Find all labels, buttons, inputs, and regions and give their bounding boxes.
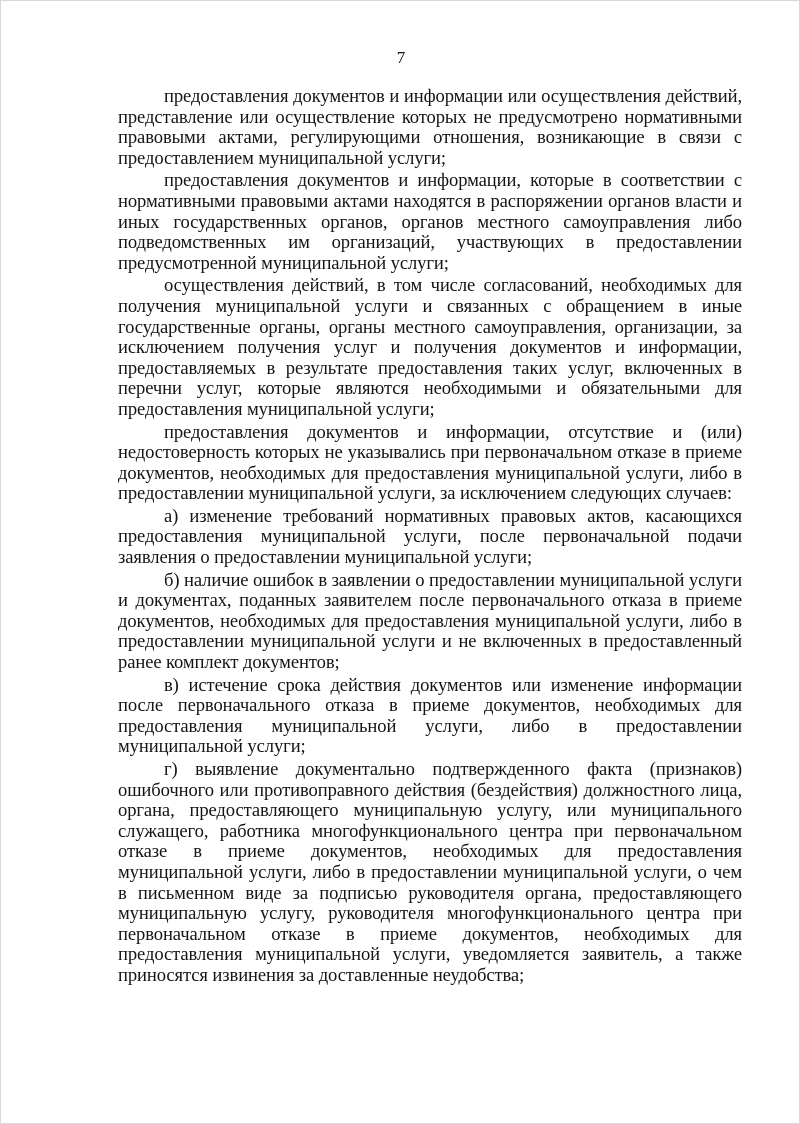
list-item-a: а) изменение требований нормативных прав… bbox=[118, 507, 742, 569]
paragraph-no-unregulated-documents: предоставления документов и информации и… bbox=[118, 87, 742, 169]
list-item-b: б) наличие ошибок в заявлении о предоста… bbox=[118, 571, 742, 674]
list-item-v: в) истечение срока действия документов и… bbox=[118, 676, 742, 758]
list-item-g: г) выявление документально подтвержденно… bbox=[118, 760, 742, 987]
page-number: 7 bbox=[1, 48, 800, 68]
paragraph-no-unspecified-documents: предоставления документов и информации, … bbox=[118, 423, 742, 505]
paragraph-no-approvals-required: осуществления действий, в том числе согл… bbox=[118, 276, 742, 420]
document-body: предоставления документов и информации и… bbox=[118, 87, 742, 989]
paragraph-no-documents-held-by-authorities: предоставления документов и информации, … bbox=[118, 171, 742, 274]
document-page: 7 предоставления документов и информации… bbox=[0, 0, 800, 1124]
